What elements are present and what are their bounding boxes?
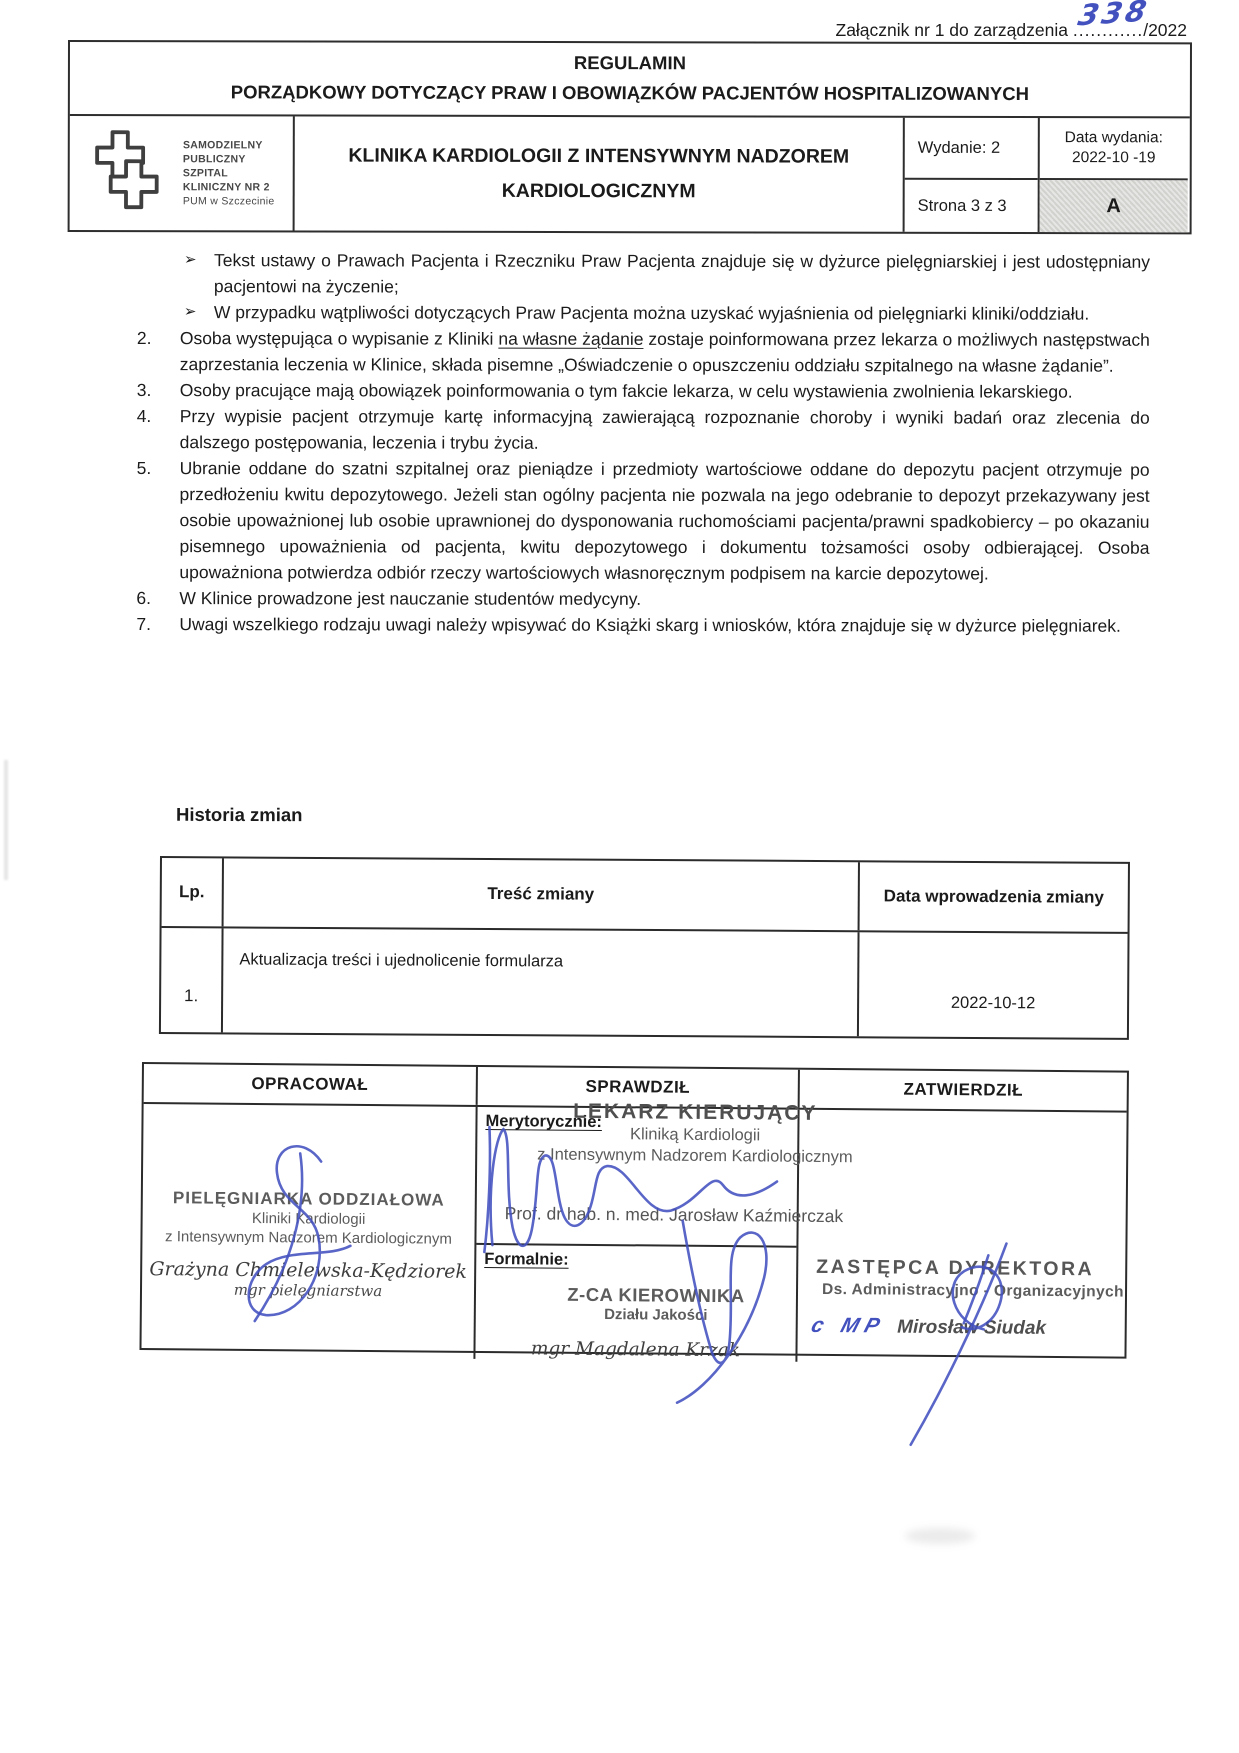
handwritten-order-number: 338 [1075,0,1152,32]
item-number: 4. [137,403,152,429]
dotted-leader: ............338 [1073,20,1143,41]
stamp-unit2: z Intensywnym Nadzorem Kardiologicznym [142,1227,474,1249]
hospital-name-line1: SAMODZIELNY [183,138,293,152]
clinic-name-line1: KLINIKA KARDIOLOGII Z INTENSYWNYM NADZOR… [295,144,903,168]
column-header-lp: Lp. [162,858,224,926]
item-number: 6. [136,585,151,611]
hospital-name-line3: KLINICZNY NR 2 [183,180,293,194]
issue-date-column: Data wydania: 2022-10 -19 A [1040,118,1188,232]
opracowal-name: Grażyna Chmielewska-Kędziorek [142,1258,474,1283]
hospital-name-line2: PUBLICZNY SZPITAL [183,152,293,180]
sprawdzil-name: Prof. dr hab. n. med. Jarosław Kaźmiercz… [505,1203,844,1227]
underlined-phrase: na własne żądanie [498,329,643,349]
regulation-body: ➢ Tekst ustawy o Prawach Pacjenta i Rzec… [127,247,1150,639]
quality-dept-stamp: Z-CA KIEROWNIKA Działu Jakości [516,1283,796,1324]
hospital-name: SAMODZIELNY PUBLICZNY SZPITAL KLINICZNY … [183,138,293,208]
stamp-unit: Działu Jakości [516,1305,796,1324]
stamp-role: PIELĘGNIARKA ODDZIAŁOWA [143,1188,475,1211]
bullet-text: Tekst ustawy o Prawach Pacjenta i Rzeczn… [214,250,1150,296]
issue-date-cell: Data wydania: 2022-10 -19 [1040,118,1188,180]
arrow-bullet-icon: ➢ [184,299,197,325]
attachment-suffix: /2022 [1143,20,1187,40]
row-number: 1. [161,928,224,1032]
table-row: 1. Aktualizacja treści i ujednolicenie f… [161,928,1128,1038]
formalnie-section: Formalnie: Z-CA KIEROWNIKA Działu Jakośc… [475,1245,796,1362]
bullet-text: W przypadku wątpliwości dotyczących Praw… [214,302,1089,324]
item-number: 5. [137,455,152,481]
item-number: 7. [136,611,151,637]
list-item: 3. Osoby pracujące mają obowiązek poinfo… [128,377,1150,405]
head-nurse-stamp: PIELĘGNIARKA ODDZIAŁOWA Kliniki Kardiolo… [142,1188,474,1249]
column-header-date: Data wprowadzenia zmiany [860,862,1128,932]
list-item: 6. W Klinice prowadzone jest nauczanie s… [127,585,1149,613]
list-item: 4. Przy wypisie pacjent otrzymuje kartę … [128,403,1150,457]
item-text: Osoba występująca o wypisanie z Kliniki … [180,328,1150,376]
history-heading: Historia zmian [176,804,303,826]
scan-edge-artifact [4,760,8,880]
issue-date-value: 2022-10 -19 [1040,148,1188,168]
list-item: ➢ W przypadku wątpliwości dotyczących Pr… [128,299,1150,327]
zatwierdzil-name: Mirosław Siudak [897,1317,1046,1339]
stamp-role: ZASTĘPCA DYREKTORA [816,1256,1124,1282]
list-item: ➢ Tekst ustawy o Prawach Pacjenta i Rzec… [128,247,1150,301]
item-number: 2. [137,325,152,351]
page-info: Strona 3 z 3 [905,180,1038,232]
hospital-logo-cell: SAMODZIELNY PUBLICZNY SZPITAL KLINICZNY … [70,116,295,230]
document-header-table: REGULAMIN PORZĄDKOWY DOTYCZĄCY PRAW I OB… [68,40,1192,234]
formalnie-name: mgr Magdalena Krzak [475,1338,795,1362]
hospital-logo-icon [88,126,173,220]
row-change-text: Aktualizacja treści i ujednolicenie form… [223,928,860,1036]
issue-date-label: Data wydania: [1040,128,1188,148]
scanned-document-page: Załącznik nr 1 do zarządzenia ..........… [0,0,1239,1753]
handwritten-initials: c MP [808,1314,888,1339]
approval-signature-table: OPRACOWAŁ SPRAWDZIŁ ZATWIERDZIŁ PIELĘGNI… [139,1062,1128,1359]
clinic-title-cell: KLINIKA KARDIOLOGII Z INTENSYWNYM NADZOR… [295,116,905,231]
list-item: 2. Osoba występująca o wypisanie z Klini… [128,325,1150,379]
hospital-name-line4: PUM w Szczecinie [183,194,293,208]
deputy-director-stamp: ZASTĘPCA DYREKTORA Ds. Administracyjno -… [816,1256,1124,1302]
edition-page-column: Wydanie: 2 Strona 3 z 3 [905,118,1040,232]
item-text: Przy wypisie pacjent otrzymuje kartę inf… [180,406,1150,453]
scan-smudge-artifact [905,1528,975,1544]
item-text: W Klinice prowadzone jest nauczanie stud… [179,588,641,609]
title-regulamin: REGULAMIN [70,47,1190,78]
zatwierdzil-cell: ZASTĘPCA DYREKTORA Ds. Administracyjno -… [797,1110,1126,1365]
change-history-table: Lp. Treść zmiany Data wprowadzenia zmian… [159,856,1130,1040]
merytorycznie-section: Merytorycznie: LEKARZ KIERUJĄCY Kliniką … [476,1107,797,1248]
zatwierdzil-name-line: c MP Mirosław Siudak [798,1314,1125,1341]
sprawdzil-cell: Merytorycznie: LEKARZ KIERUJĄCY Kliniką … [475,1107,799,1362]
item-text: Ubranie oddane do szatni szpitalnej oraz… [179,458,1149,583]
list-item: 5. Ubranie oddane do szatni szpitalnej o… [127,455,1149,587]
column-header-change: Treść zmiany [224,858,860,930]
stamp-role: Z-CA KIEROWNIKA [516,1283,796,1307]
clinic-name-line2: KARDIOLOGICZNYM [295,179,903,203]
history-table-header: Lp. Treść zmiany Data wprowadzenia zmian… [162,858,1128,934]
column-header-opracowal: OPRACOWAŁ [144,1064,478,1105]
item-text: Osoby pracujące mają obowiązek poinformo… [180,380,1073,402]
list-item: 7. Uwagi wszelkiego rodzaju uwagi należy… [127,611,1149,639]
document-title-cell: REGULAMIN PORZĄDKOWY DOTYCZĄCY PRAW I OB… [70,42,1190,118]
attachment-line: Załącznik nr 1 do zarządzenia ..........… [836,20,1188,41]
revision-badge: A [1040,180,1188,232]
title-subject: PORZĄDKOWY DOTYCZĄCY PRAW I OBOWIĄZKÓW P… [70,76,1190,109]
item-number: 3. [137,377,152,403]
row-change-date: 2022-10-12 [859,932,1128,1038]
stamp-unit: Ds. Administracyjno - Organizacyjnych [822,1281,1124,1302]
item-text: Uwagi wszelkiego rodzaju uwagi należy wp… [179,614,1121,636]
edition-label: Wydanie: 2 [905,118,1038,180]
opracowal-cell: PIELĘGNIARKA ODDZIAŁOWA Kliniki Kardiolo… [141,1104,477,1359]
opracowal-title: mgr pielęgniarstwa [142,1280,474,1301]
arrow-bullet-icon: ➢ [184,247,197,273]
attachment-prefix: Załącznik nr 1 do zarządzenia [836,20,1073,40]
formalnie-label: Formalnie: [484,1250,569,1270]
